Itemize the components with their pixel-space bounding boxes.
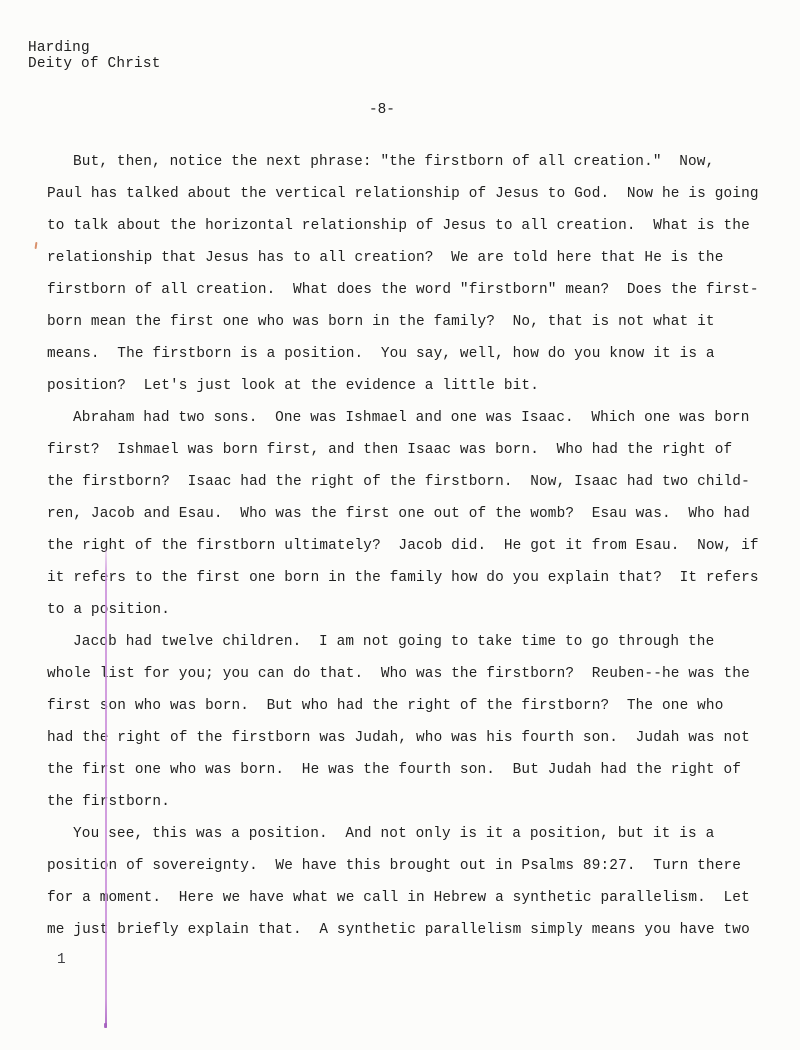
text-line: Paul has talked about the vertical relat… bbox=[47, 178, 800, 210]
pen-line-annotation bbox=[105, 548, 107, 1028]
page-number: -8- bbox=[369, 101, 395, 119]
text-line: had the right of the firstborn was Judah… bbox=[47, 722, 800, 754]
text-line: relationship that Jesus has to all creat… bbox=[47, 242, 800, 274]
text-line: the firstborn? Isaac had the right of th… bbox=[47, 466, 800, 498]
document-header: Harding Deity of Christ bbox=[28, 40, 161, 72]
text-line: it refers to the first one born in the f… bbox=[47, 562, 800, 594]
document-body: But, then, notice the next phrase: "the … bbox=[47, 146, 800, 946]
paragraph: You see, this was a position. And not on… bbox=[47, 818, 800, 946]
text-line: But, then, notice the next phrase: "the … bbox=[47, 146, 800, 178]
text-line: the right of the firstborn ultimately? J… bbox=[47, 530, 800, 562]
text-line: first son who was born. But who had the … bbox=[47, 690, 800, 722]
paragraph: Abraham had two sons. One was Ishmael an… bbox=[47, 402, 800, 626]
text-line: firstborn of all creation. What does the… bbox=[47, 274, 800, 306]
header-author-line: Harding bbox=[28, 40, 161, 56]
text-line: to a position. bbox=[47, 594, 800, 626]
text-line: me just briefly explain that. A syntheti… bbox=[47, 914, 800, 946]
text-line: whole list for you; you can do that. Who… bbox=[47, 658, 800, 690]
text-line: the firstborn. bbox=[47, 786, 800, 818]
text-line: You see, this was a position. And not on… bbox=[47, 818, 800, 850]
paragraph: But, then, notice the next phrase: "the … bbox=[47, 146, 800, 402]
text-line: ren, Jacob and Esau. Who was the first o… bbox=[47, 498, 800, 530]
header-title-line: Deity of Christ bbox=[28, 56, 161, 72]
text-line: first? Ishmael was born first, and then … bbox=[47, 434, 800, 466]
text-line: means. The firstborn is a position. You … bbox=[47, 338, 800, 370]
text-line: position? Let's just look at the evidenc… bbox=[47, 370, 800, 402]
text-line: born mean the first one who was born in … bbox=[47, 306, 800, 338]
text-line: the first one who was born. He was the f… bbox=[47, 754, 800, 786]
text-line: to talk about the horizontal relationshi… bbox=[47, 210, 800, 242]
scanned-document-page: Harding Deity of Christ -8- But, then, n… bbox=[0, 0, 800, 1050]
text-line: for a moment. Here we have what we call … bbox=[47, 882, 800, 914]
text-line: Abraham had two sons. One was Ishmael an… bbox=[47, 402, 800, 434]
text-line: position of sovereignty. We have this br… bbox=[47, 850, 800, 882]
paragraph: Jacob had twelve children. I am not goin… bbox=[47, 626, 800, 818]
scan-artifact bbox=[35, 242, 38, 249]
footer-mark: 1 bbox=[57, 944, 66, 976]
text-line: Jacob had twelve children. I am not goin… bbox=[47, 626, 800, 658]
